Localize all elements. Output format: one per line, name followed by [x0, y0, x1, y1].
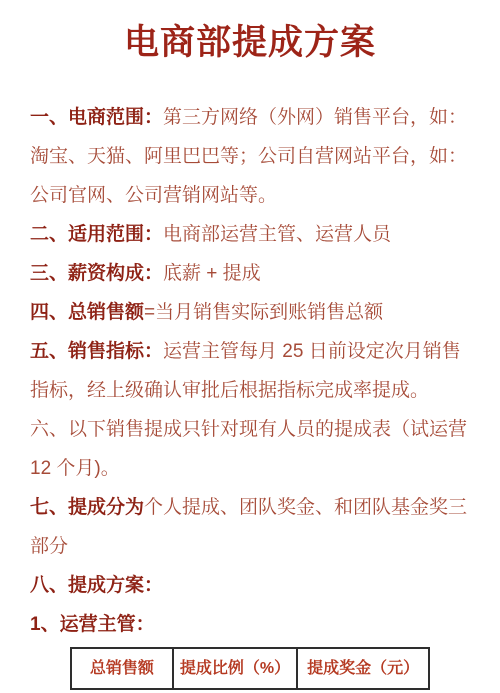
section-operations-supervisor: 1、运营主管： — [30, 605, 470, 644]
section-sales-target: 五、销售指标：运营主管每月 25 日前设定次月销售指标，经上级确认审批后根据指标… — [30, 332, 470, 410]
section-salary-structure-text: 底薪 + 提成 — [163, 263, 261, 284]
section-commission-parts-label: 七、提成分为 — [30, 497, 144, 518]
commission-table-header-row: 总销售额 提成比例（%） 提成奖金（元） — [71, 648, 429, 689]
section-commission-parts: 七、提成分为个人提成、团队奖金、和团队基金奖三部分 — [30, 488, 470, 566]
section-total-sales: 四、总销售额=当月销售实际到账销售总额 — [30, 293, 470, 332]
section-current-staff-note: 六、以下销售提成只针对现有人员的提成表（试运营 12 个月)。 — [30, 410, 470, 488]
section-commission-plan-label: 八、提成方案： — [30, 575, 163, 596]
section-sales-target-label: 五、销售指标： — [30, 341, 163, 362]
table-header-commission-rate: 提成比例（%） — [173, 648, 297, 689]
section-applicable-scope: 二、适用范围：电商部运营主管、运营人员 — [30, 215, 470, 254]
page-title: 电商部提成方案 — [0, 0, 500, 66]
section-salary-structure-label: 三、薪资构成： — [30, 263, 163, 284]
document-body: 一、电商范围：第三方网络（外网）销售平台，如：淘宝、天猫、阿里巴巴等；公司自营网… — [0, 66, 500, 693]
section-commission-plan: 八、提成方案： — [30, 566, 470, 605]
section-current-staff-note-text: 六、以下销售提成只针对现有人员的提成表（试运营 12 个月)。 — [30, 419, 467, 479]
section-ecommerce-scope: 一、电商范围：第三方网络（外网）销售平台，如：淘宝、天猫、阿里巴巴等；公司自营网… — [30, 98, 470, 215]
section-total-sales-label: 四、总销售额 — [30, 302, 144, 323]
section-ecommerce-scope-label: 一、电商范围： — [30, 107, 163, 128]
commission-table: 总销售额 提成比例（%） 提成奖金（元） — [70, 647, 430, 690]
section-applicable-scope-label: 二、适用范围： — [30, 224, 163, 245]
section-applicable-scope-text: 电商部运营主管、运营人员 — [163, 224, 391, 245]
section-total-sales-text: =当月销售实际到账销售总额 — [144, 302, 383, 323]
section-salary-structure: 三、薪资构成：底薪 + 提成 — [30, 254, 470, 293]
document-page: 电商部提成方案 一、电商范围：第三方网络（外网）销售平台，如：淘宝、天猫、阿里巴… — [0, 0, 500, 693]
table-header-commission-bonus: 提成奖金（元） — [297, 648, 429, 689]
table-header-total-sales: 总销售额 — [71, 648, 173, 689]
section-operations-supervisor-label: 1、运营主管： — [30, 614, 155, 635]
